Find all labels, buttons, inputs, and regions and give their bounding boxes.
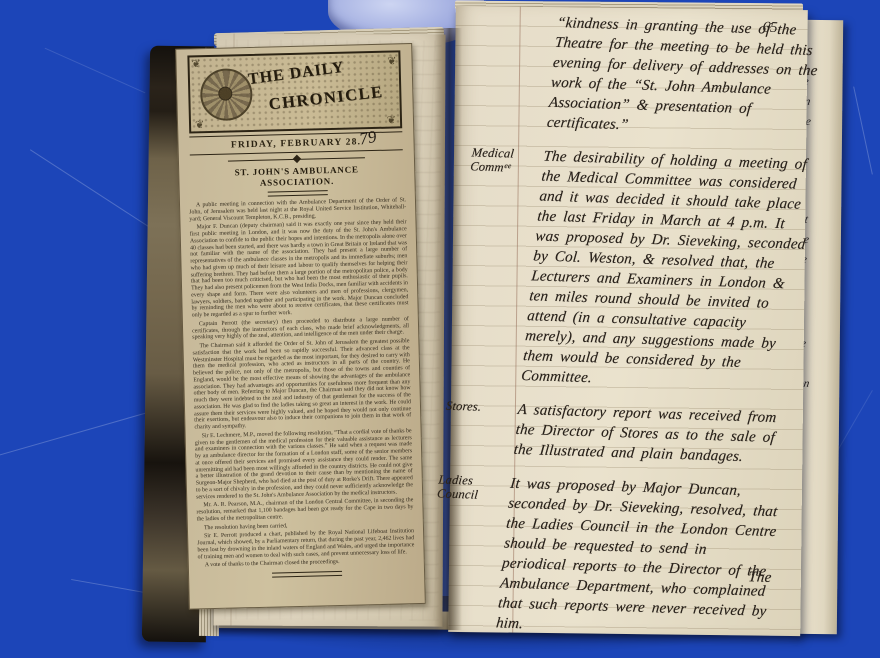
dateline: FRIDAY, FEBRUARY 28. 79 bbox=[189, 131, 402, 155]
headline-rule bbox=[267, 190, 327, 196]
newspaper-clipping: ❦ ❦ ❦ ❦ THE DAILY CHRONICLE FRIDAY, FEBR… bbox=[175, 43, 426, 610]
diamond-ornament bbox=[292, 155, 300, 163]
margin-note-medical-committee: Medical Commᵉᵉ bbox=[470, 145, 537, 175]
article-headline: ST. JOHN'S AMBULANCE ASSOCIATION. bbox=[188, 163, 405, 190]
minutes-entry-text: A satisfactory report was received from … bbox=[513, 400, 791, 468]
right-page: 65 “kindness in granting the use of the … bbox=[448, 6, 808, 636]
article-paragraph: Captain Perrott (the secretary) then pro… bbox=[192, 316, 409, 342]
flourish-icon: ❦ bbox=[195, 118, 205, 131]
minutes-entry: Medical Commᵉᵉ The desirability of holdi… bbox=[520, 147, 816, 395]
flourish-icon: ❦ bbox=[387, 54, 397, 67]
minutes-entry: Ladies Council It was proposed by Major … bbox=[495, 474, 783, 642]
book-gutter-shadow bbox=[434, 28, 462, 630]
article-paragraph: Mr. A. R. Pearson, M.A., chairman of the… bbox=[196, 497, 413, 523]
article-paragraph: Sir E. Perrott produced a chart, publish… bbox=[197, 528, 415, 560]
left-page: ❦ ❦ ❦ ❦ THE DAILY CHRONICLE FRIDAY, FEBR… bbox=[213, 33, 445, 626]
desk-scratch bbox=[45, 48, 146, 94]
article-paragraph: A public meeting in connection with the … bbox=[189, 197, 406, 223]
article-paragraph: Major F. Duncan (deputy chairman) said i… bbox=[190, 219, 409, 319]
handwritten-minutes: “kindness in granting the use of the The… bbox=[494, 13, 830, 656]
article-paragraph: Sir E. Lechmere, M.P., moved the followi… bbox=[195, 428, 414, 501]
masthead: ❦ ❦ ❦ ❦ THE DAILY CHRONICLE bbox=[187, 50, 402, 133]
article-body: A public meeting in connection with the … bbox=[189, 197, 415, 571]
divider bbox=[228, 153, 365, 164]
minutes-entry-text: The desirability of holding a meeting of… bbox=[520, 147, 816, 395]
masthead-title-line1: THE DAILY bbox=[247, 59, 345, 89]
ink-year-annotation: 79 bbox=[358, 127, 378, 150]
masthead-title-line2: CHRONICLE bbox=[268, 82, 385, 115]
dateline-text: FRIDAY, FEBRUARY 28. bbox=[231, 137, 362, 150]
photo-scene: by the een ope l mit uce the ed the m, t… bbox=[0, 0, 880, 658]
desk-scratch bbox=[30, 149, 156, 232]
catchword: The bbox=[747, 567, 772, 588]
minutes-entry-text: It was proposed by Major Duncan, seconde… bbox=[495, 474, 783, 642]
minutes-continuation: “kindness in granting the use of the The… bbox=[546, 13, 830, 141]
article-end-rule bbox=[272, 571, 342, 578]
desk-scratch bbox=[853, 86, 873, 174]
flourish-icon: ❦ bbox=[387, 113, 397, 126]
flourish-icon: ❦ bbox=[191, 57, 201, 70]
article-paragraph: The Chairman said it afforded the Order … bbox=[192, 338, 411, 431]
minutes-entry: Stores. A satisfactory report was receiv… bbox=[513, 400, 791, 468]
desk-scratch bbox=[837, 390, 873, 451]
